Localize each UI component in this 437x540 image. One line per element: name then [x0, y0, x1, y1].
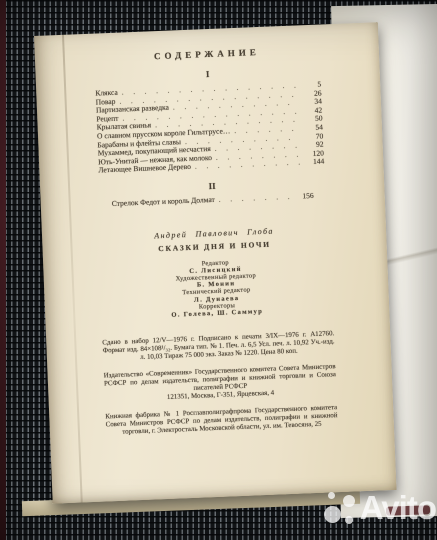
toc-dot-leader — [219, 193, 290, 204]
toc-title: Стрелок Федот и король Долмат — [112, 196, 215, 209]
avito-wordmark: Avito — [360, 489, 436, 527]
avito-watermark: Avito — [324, 489, 436, 527]
imprint-block: Сдано в набор 12/V—1976 г. Подписано к п… — [102, 330, 335, 363]
toc-page-number: 156 — [293, 192, 313, 201]
credits-block: РедакторС. ЛисицкийХудожественный редакт… — [43, 253, 389, 324]
toc-row: Стрелок Федот и король Долмат156 — [112, 192, 314, 209]
printing-house-block: Книжная фабрика № 1 Росглавполиграфпрома… — [105, 404, 338, 437]
toc-page-number: 144 — [304, 158, 324, 167]
page-content: СОДЕРЖАНИЕ I Клякса5Повар26Партизанская … — [34, 22, 397, 503]
part-numeral-1: I — [36, 62, 380, 86]
listing-photo: СОДЕРЖАНИЕ I Клякса5Повар26Партизанская … — [0, 0, 437, 540]
toc-list-part1: Клякса5Повар26Партизанская разведка34Рец… — [95, 81, 324, 176]
contents-heading: СОДЕРЖАНИЕ — [35, 42, 379, 66]
toc-list-part2: Стрелок Федот и король Долмат156 — [112, 192, 314, 209]
book-spine-edge — [0, 0, 6, 540]
avito-logo-icon — [324, 492, 356, 524]
toc-title: Летающее Вишневое Дерево — [98, 163, 191, 175]
book-page: СОДЕРЖАНИЕ I Клякса5Повар26Партизанская … — [34, 22, 397, 503]
